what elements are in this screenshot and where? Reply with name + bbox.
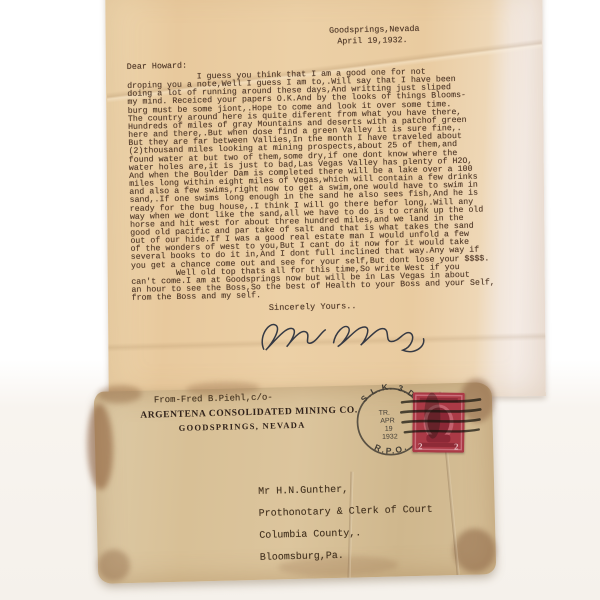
signature-handwriting: [253, 313, 444, 361]
return-address-typed: From-Fred B.Piehl,c/o-: [154, 393, 273, 406]
letter-text-layer: Goodsprings,Nevada April 19,1932. Dear H…: [104, 0, 550, 400]
postmark-center-line: TR.: [379, 410, 390, 417]
postmark-center-line: APR: [380, 418, 395, 425]
return-address-company: ARGENTENA CONSOLIDATED MINING CO.: [140, 405, 358, 420]
photograph-background: Goodsprings,Nevada April 19,1932. Dear H…: [0, 0, 600, 600]
svg-text:R.P.O.: R.P.O.: [373, 441, 410, 456]
stamp-denomination: 2: [454, 442, 459, 452]
postmark-center-line: 1932: [382, 433, 398, 440]
letter-body: I guess you think that I am a good one f…: [127, 67, 495, 303]
recipient-address: Mr H.N.Gunther, Prothonotary & Clerk of …: [258, 478, 434, 570]
envelope: From-Fred B.Piehl,c/o- ARGENTENA CONSOLI…: [94, 382, 497, 584]
letter-heading-date: April 19,1932.: [337, 35, 408, 46]
letter-heading-place: Goodsprings,Nevada: [329, 24, 420, 36]
postage-stamp: 2 2: [412, 392, 465, 453]
stamp-denomination: 2: [418, 441, 423, 451]
postmark-center-line: 19: [385, 426, 393, 433]
letter-closing: Sincerely Yours..: [269, 301, 357, 313]
recipient-address-line: Prothonotary & Clerk of Court: [258, 500, 433, 526]
worn-spot: [86, 403, 114, 490]
worn-spot: [453, 528, 496, 573]
letter-salutation: Dear Howard:: [127, 61, 188, 72]
stamp-artwork: 2 2: [412, 392, 465, 453]
recipient-address-line: Bloomsburg,Pa.: [260, 544, 435, 570]
letter-sheet: Goodsprings,Nevada April 19,1932. Dear H…: [105, 0, 546, 400]
return-address-location: GOODSPRINGS, NEVADA: [178, 420, 305, 433]
worn-spot: [98, 549, 131, 582]
postmark-arc-bottom: R.P.O.: [373, 441, 410, 456]
